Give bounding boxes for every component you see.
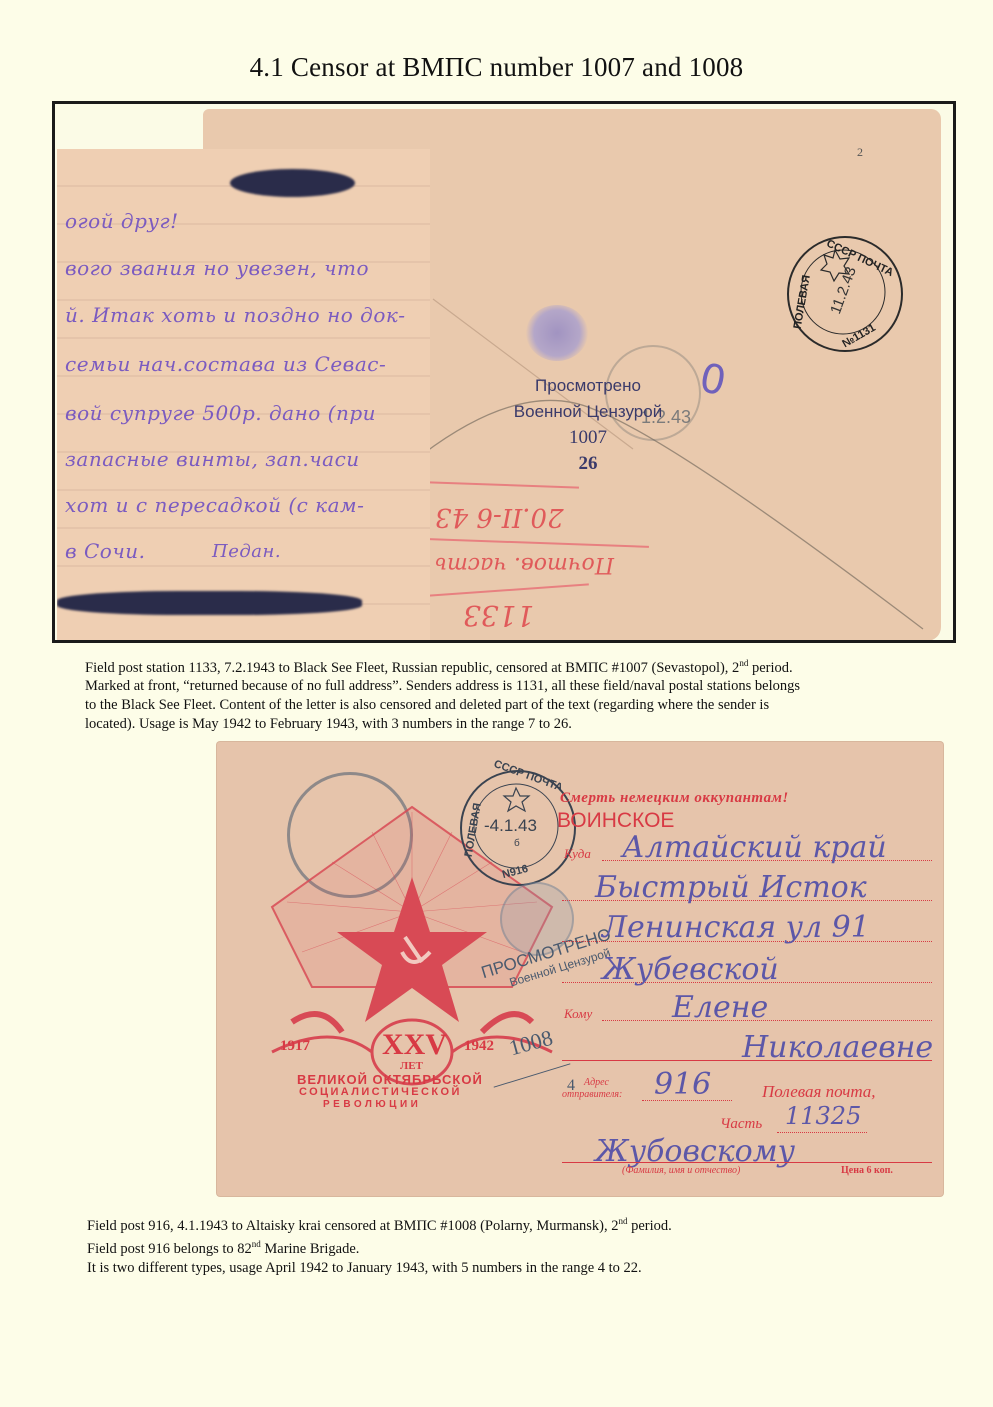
item1-caption: Field post station 1133, 7.2.1943 to Bla… [85, 654, 800, 733]
sender-field-post: 916 [654, 1067, 711, 1102]
letter-line: запасные винты, зап.часи [65, 447, 360, 471]
label-sender-1: Адрес [584, 1077, 609, 1088]
caption2-line2-end: Marine Brigade. [261, 1241, 360, 1257]
sender-unit-line [777, 1132, 867, 1133]
emblem-years-label: ЛЕТ [400, 1060, 423, 1072]
letter-line: семьи нач.состава из Севас- [65, 352, 386, 376]
label-sender-2: отправителя: [562, 1089, 622, 1100]
postmark-916-date: -4.1.43 [484, 816, 537, 836]
label-to: Куда [564, 846, 591, 862]
letter-signature: Педан. [212, 541, 281, 562]
military-postcard: 1917 XXV ЛЕТ 1942 ВЕЛИКОЙ ОКТЯБРЬСКОЙ СО… [217, 742, 943, 1196]
caption2-line3: It is two different types, usage April 1… [87, 1259, 672, 1278]
red-station-number: 1133 [463, 599, 534, 632]
postmark-916-letter: б [514, 838, 520, 849]
address-hw-4: Жубевской [602, 952, 779, 987]
letter-line: огой друг! [65, 209, 179, 233]
caption1-line4: located). Usage is May 1942 to February … [85, 715, 800, 734]
label-unit: Часть [720, 1116, 762, 1133]
slogan: Смерть немецким оккупантам! [560, 790, 789, 807]
price: Цена 6 коп. [841, 1165, 893, 1176]
red-return-note: Почтов. часть [435, 552, 614, 577]
censor-sub-number: 26 [493, 451, 683, 477]
sender-name-line [562, 1162, 932, 1163]
emblem-year-right: 1942 [464, 1038, 494, 1055]
censor-blot-top [230, 169, 355, 197]
address-hw-6: Николаевне [742, 1030, 933, 1065]
censor-blot-bottom [57, 591, 362, 615]
caption1-line2: Marked at front, “returned because of no… [85, 677, 800, 696]
censor-stamp-1007: Просмотрено Военной Цензурой 1007 26 [493, 373, 683, 477]
page-title: 4.1 Censor at ВМПС number 1007 and 1008 [0, 52, 993, 83]
caption1-line1-end: period. [748, 660, 792, 676]
caption2-sup2: nd [252, 1239, 261, 1249]
censor-number: 1007 [493, 425, 683, 451]
censor-line1: Просмотрено [493, 373, 683, 399]
label-whom: Кому [564, 1006, 592, 1022]
address-hw-1: Алтайский край [622, 830, 887, 865]
letter-line: вого звания но увезен, что [65, 256, 369, 280]
label-name-hint: (Фамилия, имя и отчество) [622, 1165, 740, 1176]
red-return-date: 20.II-6 43 [435, 502, 564, 532]
caption2-sup1: nd [619, 1216, 628, 1226]
caption2-line1: Field post 916, 4.1.1943 to Altaisky kra… [87, 1218, 619, 1234]
caption2-line1-end: period. [628, 1218, 672, 1234]
address-hw-3: Ленинская ул 91 [602, 910, 870, 945]
caption1-line1: Field post station 1133, 7.2.1943 to Bla… [85, 660, 739, 676]
emblem-caption-2: СОЦИАЛИСТИЧЕСКОЙ [299, 1086, 462, 1098]
letter-line: вой супруге 500р. дано (при [65, 401, 376, 425]
letter-line: й. Итак хоть и поздно но док- [65, 303, 406, 327]
item1-frame: 2 1.2.43 Просмотрено Военной Цензурой 10… [52, 101, 956, 643]
address-hw-5: Елене [672, 990, 768, 1025]
letter-line: хот и с пересадкой (с кам- [65, 493, 364, 517]
violet-cancel-smudge [526, 305, 588, 361]
emblem-caption-1: ВЕЛИКОЙ ОКТЯБРЬСКОЙ [297, 1072, 483, 1087]
label-field-post: Полевая почта, [762, 1082, 876, 1102]
caption2-line2: Field post 916 belongs to 82 [87, 1241, 252, 1257]
letter-line: в Сочи. [65, 539, 146, 563]
caption1-sup: nd [739, 658, 748, 668]
emblem-roman: XXV [382, 1028, 447, 1062]
censored-letter: огой друг! вого звания но увезен, что й.… [57, 149, 430, 643]
caption1-line3: to the Black See Fleet. Content of the l… [85, 696, 800, 715]
sender-name: Жубовскому [595, 1134, 795, 1169]
censor-line2: Военной Цензурой [493, 399, 683, 425]
corner-mark: 2 [857, 145, 863, 160]
address-hw-2: Быстрый Исток [595, 870, 867, 905]
item2-caption: Field post 916, 4.1.1943 to Altaisky kra… [87, 1212, 672, 1277]
field-post-postmark-1131: 11.2.43 СССР ПОЧТА №1131 ПОЛЕВАЯ [787, 236, 903, 352]
sender-unit: 11325 [785, 1102, 861, 1130]
emblem-caption-3: РЕВОЛЮЦИИ [323, 1099, 421, 1110]
emblem-year-left: 1917 [280, 1038, 310, 1055]
